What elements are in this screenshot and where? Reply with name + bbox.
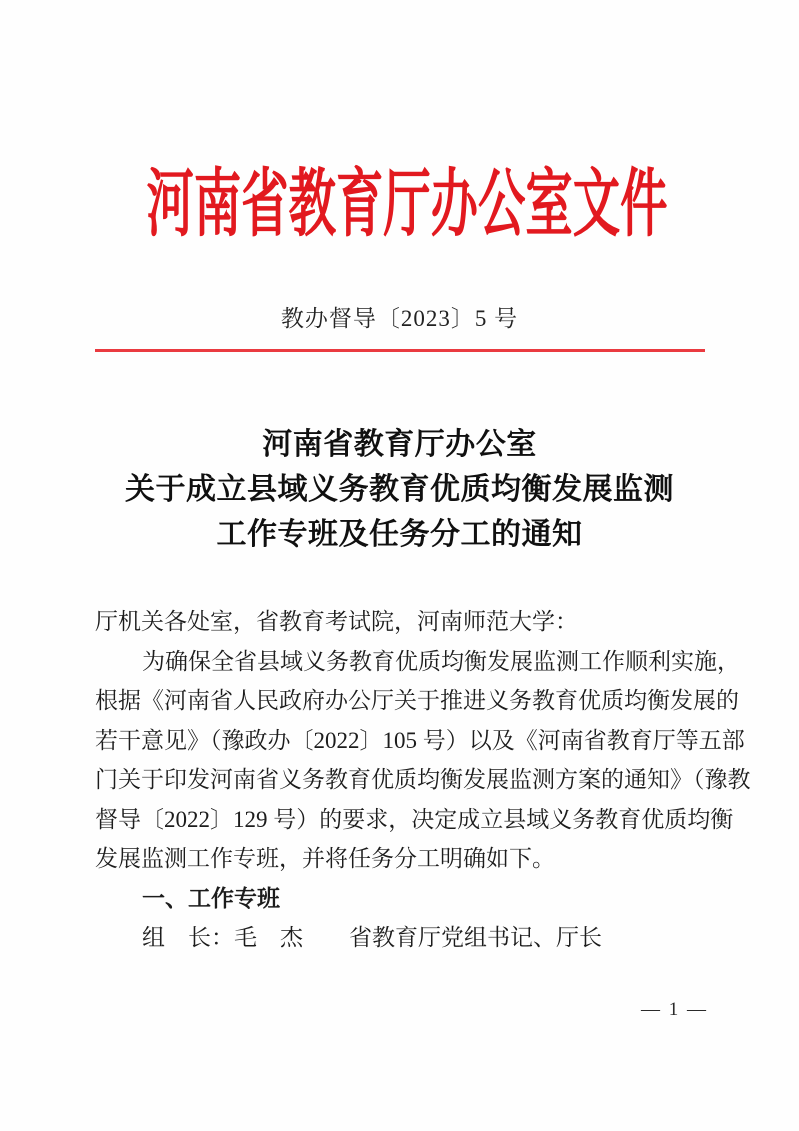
document-body: 厅机关各处室，省教育考试院，河南师范大学： 为确保全省县域义务教育优质均衡发展监… [95, 602, 705, 958]
section-heading: 一、工作专班 [95, 879, 705, 919]
body-line: 门关于印发河南省义务教育优质均衡发展监测方案的通知》（豫教 [95, 760, 705, 800]
red-divider-line [95, 349, 705, 352]
salutation-line: 厅机关各处室，省教育考试院，河南师范大学： [95, 602, 705, 642]
page-number: — 1 — [641, 999, 708, 1021]
body-line: 为确保全省县域义务教育优质均衡发展监测工作顺利实施， [95, 642, 705, 682]
document-title: 河南省教育厅办公室 关于成立县域义务教育优质均衡发展监测 工作专班及任务分工的通… [0, 422, 799, 557]
body-line: 根据《河南省人民政府办公厅关于推进义务教育优质均衡发展的 [95, 681, 705, 721]
title-line-1: 河南省教育厅办公室 [0, 422, 799, 467]
letterhead-title-text: 河南省教育厅办公室文件 [147, 164, 668, 246]
document-number: 教办督导〔2023〕5 号 [0, 305, 799, 333]
title-line-2: 关于成立县域义务教育优质均衡发展监测 [0, 467, 799, 512]
body-line: 若干意见》（豫政办〔2022〕105 号）以及《河南省教育厅等五部 [95, 721, 705, 761]
title-line-3: 工作专班及任务分工的通知 [0, 512, 799, 557]
document-page: 河南省教育厅办公室文件 教办督导〔2023〕5 号 河南省教育厅办公室 关于成立… [0, 0, 799, 1131]
role-line: 组 长：毛 杰 省教育厅党组书记、厅长 [95, 918, 705, 958]
body-line: 督导〔2022〕129 号）的要求，决定成立县域义务教育优质均衡 [95, 800, 705, 840]
body-line: 发展监测工作专班，并将任务分工明确如下。 [95, 839, 705, 879]
letterhead-title: 河南省教育厅办公室文件 [0, 164, 799, 246]
